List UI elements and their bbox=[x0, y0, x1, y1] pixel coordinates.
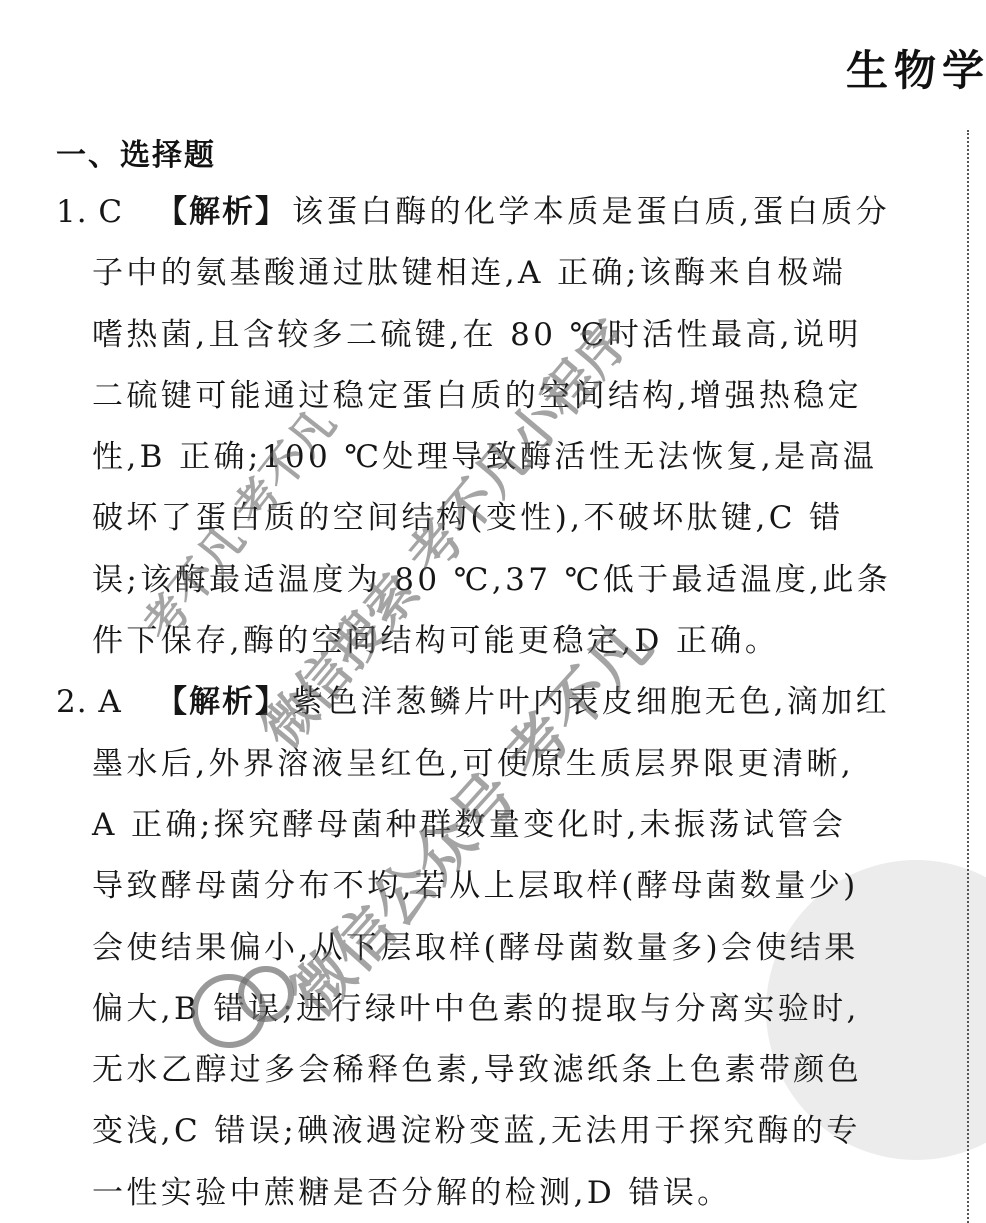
question-1-line: 二硫键可能通过稳定蛋白质的空间结构,增强热稳定 bbox=[56, 366, 940, 427]
question-1-line: 破坏了蛋白质的空间结构(变性),不破坏肽键,C 错 bbox=[56, 488, 940, 549]
question-2-line: 变浅,C 错误;碘液遇淀粉变蓝,无法用于探究酶的专 bbox=[56, 1101, 940, 1162]
answer-content: 1. C【解析】该蛋白酶的化学本质是蛋白质,蛋白质分 子中的氨基酸通过肽键相连,… bbox=[56, 182, 940, 1223]
question-2-line: 会使结果偏小,从下层取样(酵母菌数量多)会使结果 bbox=[56, 918, 940, 979]
question-1-line: 性,B 正确;100 ℃处理导致酶活性无法恢复,是高温 bbox=[56, 427, 940, 488]
question-2-line: 导致酵母菌分布不均,若从上层取样(酵母菌数量少) bbox=[56, 856, 940, 917]
question-1-text: 该蛋白酶的化学本质是蛋白质,蛋白质分 bbox=[292, 194, 890, 230]
question-1-line: 件下保存,酶的空间结构可能更稳定,D 正确。 bbox=[56, 611, 940, 672]
question-2-line: 墨水后,外界溶液呈红色,可使原生质层界限更清晰, bbox=[56, 734, 940, 795]
wechat-logo-icon bbox=[192, 974, 266, 1048]
section-heading: 一、选择题 bbox=[56, 130, 216, 174]
question-2-line: A 正确;探究酵母菌种群数量变化时,未振荡试管会 bbox=[56, 795, 940, 856]
analysis-tag: 【解析】 bbox=[156, 194, 288, 230]
question-2-text: 紫色洋葱鳞片叶内表皮细胞无色,滴加红 bbox=[292, 684, 890, 720]
question-2-line: 一性实验中蔗糖是否分解的检测,D 错误。 bbox=[56, 1163, 940, 1223]
question-1-line: 误;该酶最适温度为 80 ℃,37 ℃低于最适温度,此条 bbox=[56, 550, 940, 611]
analysis-tag: 【解析】 bbox=[156, 684, 288, 720]
subject-title: 生物学 bbox=[846, 38, 986, 98]
question-2-line: 偏大,B 错误;进行绿叶中色素的提取与分离实验时, bbox=[56, 979, 940, 1040]
question-1-line: 1. C【解析】该蛋白酶的化学本质是蛋白质,蛋白质分 bbox=[56, 182, 940, 243]
question-2-number: 2. A bbox=[56, 672, 156, 733]
question-1-line: 嗜热菌,且含较多二硫键,在 80 ℃时活性最高,说明 bbox=[56, 305, 940, 366]
question-1-line: 子中的氨基酸通过肽键相连,A 正确;该酶来自极端 bbox=[56, 243, 940, 304]
question-1-number: 1. C bbox=[56, 182, 156, 243]
question-2-line: 2. A【解析】紫色洋葱鳞片叶内表皮细胞无色,滴加红 bbox=[56, 672, 940, 733]
page-divider bbox=[967, 130, 969, 1223]
question-2-line: 无水乙醇过多会稀释色素,导致滤纸条上色素带颜色 bbox=[56, 1040, 940, 1101]
